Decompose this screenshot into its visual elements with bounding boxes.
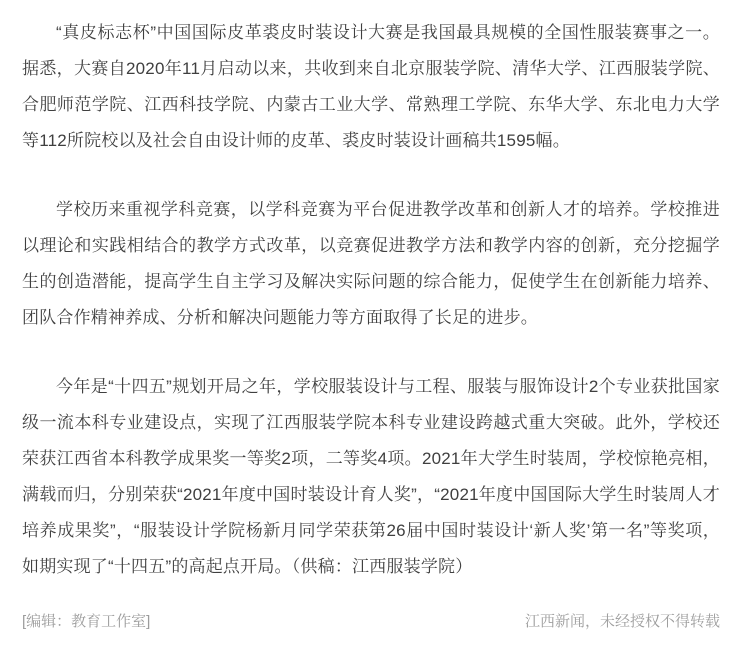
- copyright-notice: 江西新闻，未经授权不得转载: [525, 612, 720, 631]
- article-paragraph-1: “真皮标志杯”中国国际皮革裘皮时装设计大赛是我国最具规模的全国性服装赛事之一。据…: [22, 15, 720, 159]
- editor-credit: [编辑：教育工作室]: [22, 612, 150, 631]
- article-paragraph-3: 今年是“十四五”规划开局之年，学校服装设计与工程、服装与服饰设计2个专业获批国家…: [22, 369, 720, 585]
- article-body: “真皮标志杯”中国国际皮革裘皮时装设计大赛是我国最具规模的全国性服装赛事之一。据…: [0, 0, 742, 585]
- article-paragraph-2: 学校历来重视学科竞赛，以学科竞赛为平台促进教学改革和创新人才的培养。学校推进以理…: [22, 192, 720, 336]
- article-footer: [编辑：教育工作室] 江西新闻，未经授权不得转载: [0, 612, 742, 631]
